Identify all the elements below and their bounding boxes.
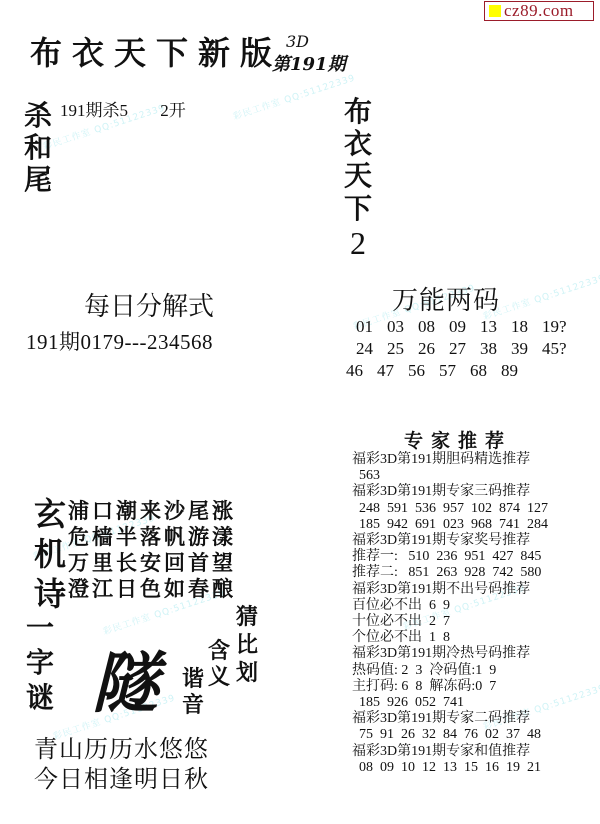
riddle-hint: 比	[236, 628, 258, 659]
kill-label: 杀 和 尾	[24, 100, 52, 197]
poem-line: 万里长安回首望	[68, 550, 236, 576]
page-title: 布衣天下新版	[30, 28, 282, 74]
riddle-label: 一 字 谜	[26, 610, 54, 715]
poem-block: 玄 机 诗 浦口潮来沙尾涨 危樯半落帆游漾 万里长安回首望 澄江日色如春酿	[34, 486, 236, 614]
expert-line: 08 09 10 12 13 15 16 19 21	[352, 760, 598, 776]
kill-label-char: 尾	[24, 164, 52, 196]
vertical-char: 衣	[344, 128, 372, 160]
closing-line: 青山历历水悠悠	[34, 734, 209, 764]
wanneng-row: 24 25 26 27 38 39 45?	[356, 338, 596, 360]
wanneng-row: 46 47 56 57 68 89	[346, 360, 596, 382]
vertical-char: 下	[344, 193, 372, 225]
closing-couplet: 青山历历水悠悠 今日相逢明日秋	[34, 734, 209, 794]
poem-label-char: 诗	[34, 574, 66, 614]
kill-label-char: 和	[24, 132, 52, 164]
wanneng-title: 万能两码	[392, 280, 500, 317]
wanneng-cell: 57	[439, 360, 470, 382]
poem-lines: 浦口潮来沙尾涨 危樯半落帆游漾 万里长安回首望 澄江日色如春酿	[68, 498, 236, 602]
watermark: 彩民工作室 QQ:51122339	[231, 71, 357, 123]
poem-label: 玄 机 诗	[34, 494, 66, 614]
riddle-label-char: 谜	[26, 680, 54, 715]
wanneng-cell: 26	[418, 338, 449, 360]
expert-line: 185 942 691 023 968 741 284	[352, 517, 598, 533]
brand-label: cz89.com	[504, 1, 574, 21]
expert-list: 福彩3D第191期胆码精选推荐 563 福彩3D第191期专家三码推荐 248 …	[352, 452, 598, 776]
brand-badge[interactable]: cz89.com	[484, 1, 594, 21]
expert-line: 75 91 26 32 84 76 02 37 48	[352, 727, 598, 743]
expert-line: 福彩3D第191期胆码精选推荐	[352, 452, 598, 468]
wanneng-cell: 89	[501, 360, 532, 382]
kill-open: 2开	[160, 101, 186, 120]
daily-title: 每日分解式	[84, 286, 214, 323]
wanneng-cell: 56	[408, 360, 439, 382]
riddle-hint: 义	[208, 660, 230, 691]
wanneng-cell: 09	[449, 316, 480, 338]
brand-square-icon	[489, 5, 501, 17]
kill-text: 191期杀5	[60, 101, 128, 120]
riddle-character: 隧	[92, 630, 158, 725]
expert-line: 个位必不出 1 8	[352, 630, 598, 646]
poem-line: 澄江日色如春酿	[68, 576, 236, 602]
poem-line: 浦口潮来沙尾涨	[68, 498, 236, 524]
wanneng-cell: 18	[511, 316, 542, 338]
riddle-hint: 划	[236, 656, 258, 687]
wanneng-cell: 25	[387, 338, 418, 360]
wanneng-cell: 24	[356, 338, 387, 360]
expert-line: 福彩3D第191期专家二码推荐	[352, 711, 598, 727]
riddle-hint: 音	[182, 688, 204, 719]
issue-label: 第191期	[272, 50, 346, 76]
expert-line: 福彩3D第191期专家奖号推荐	[352, 533, 598, 549]
wanneng-cell: 47	[377, 360, 408, 382]
expert-line: 563	[352, 468, 598, 484]
expert-line: 福彩3D第191期专家三码推荐	[352, 484, 598, 500]
wanneng-cell: 08	[418, 316, 449, 338]
game-label: 3D	[286, 32, 309, 51]
vertical-number: 2	[350, 225, 366, 262]
expert-line: 福彩3D第191期专家和值推荐	[352, 744, 598, 760]
daily-value: 191期0179---234568	[26, 326, 213, 356]
expert-line: 百位必不出 6 9	[352, 598, 598, 614]
expert-title: 专家推荐	[404, 426, 512, 453]
expert-line: 推荐二: 851 263 928 742 580	[352, 565, 598, 581]
wanneng-cell: 13	[480, 316, 511, 338]
expert-line: 热码值: 2 3 冷码值:1 9	[352, 663, 598, 679]
wanneng-cell: 46	[346, 360, 377, 382]
closing-line: 今日相逢明日秋	[34, 764, 209, 794]
riddle-hint: 猜	[236, 600, 258, 631]
expert-line: 推荐一: 510 236 951 427 845	[352, 549, 598, 565]
riddle-label-char: 一	[26, 610, 54, 645]
expert-line: 主打码: 6 8 解冻码:0 7	[352, 679, 598, 695]
expert-line: 福彩3D第191期不出号码推荐	[352, 582, 598, 598]
expert-line: 185 926 052 741	[352, 695, 598, 711]
expert-line: 十位必不出 2 7	[352, 614, 598, 630]
wanneng-grid: 01 03 08 09 13 18 19? 24 25 26 27 38 39 …	[356, 316, 596, 382]
wanneng-cell: 39	[511, 338, 542, 360]
vertical-char: 布	[344, 96, 372, 128]
kill-label-char: 杀	[24, 100, 52, 132]
wanneng-cell: 68	[470, 360, 501, 382]
expert-line: 248 591 536 957 102 874 127	[352, 501, 598, 517]
poem-line: 危樯半落帆游漾	[68, 524, 236, 550]
expert-line: 福彩3D第191期冷热号码推荐	[352, 646, 598, 662]
wanneng-cell: 01	[356, 316, 387, 338]
wanneng-cell: 45?	[542, 338, 573, 360]
poem-label-char: 玄	[34, 494, 66, 534]
wanneng-cell: 03	[387, 316, 418, 338]
vertical-char: 天	[344, 160, 372, 192]
wanneng-cell: 27	[449, 338, 480, 360]
wanneng-cell: 38	[480, 338, 511, 360]
wanneng-row: 01 03 08 09 13 18 19?	[356, 316, 596, 338]
kill-line: 191期杀5 2开	[60, 96, 214, 121]
wanneng-cell: 19?	[542, 316, 573, 338]
riddle-label-char: 字	[26, 645, 54, 680]
right-vertical-block: 布 衣 天 下 2	[344, 96, 372, 262]
poem-label-char: 机	[34, 534, 66, 574]
